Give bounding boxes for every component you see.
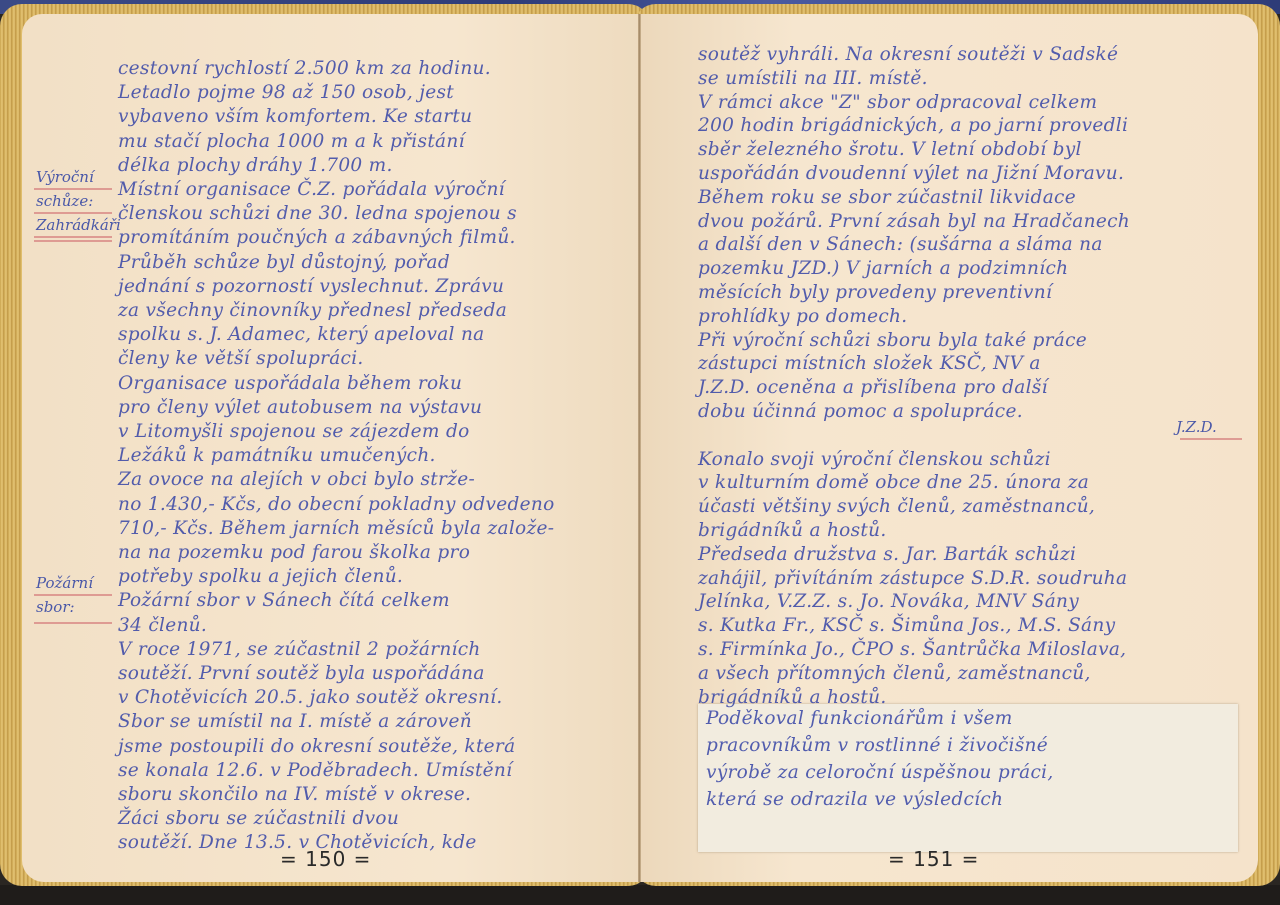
margin-note: Zahrádkáři	[36, 216, 121, 234]
handwritten-line: Během roku se sbor zúčastnil likvidace	[698, 187, 1076, 208]
handwritten-line: V roce 1971, se zúčastnil 2 požárních	[118, 639, 481, 660]
handwritten-line: a další den v Sánech: (sušárna a sláma n…	[698, 234, 1103, 255]
handwritten-line: vybaveno vším komfortem. Ke startu	[118, 106, 472, 127]
handwritten-line: Organisace uspořádala během roku	[118, 373, 462, 394]
handwritten-line: brigádníků a hostů.	[698, 520, 887, 541]
handwritten-line: pozemku JZD.) V jarních a podzimních	[698, 258, 1068, 279]
handwritten-line: se konala 12.6. v Poděbradech. Umístění	[118, 760, 512, 781]
handwritten-line: pro členy výlet autobusem na výstavu	[118, 397, 482, 418]
margin-note: Požární	[36, 574, 93, 592]
margin-note: J.Z.D.	[1176, 418, 1217, 436]
handwritten-line: zahájil, přivítáním zástupce S.D.R. soud…	[698, 568, 1127, 589]
margin-rule	[34, 236, 112, 238]
handwritten-line: Požární sbor v Sánech čítá celkem	[118, 590, 450, 611]
handwritten-line: jednání s pozorností vyslechnut. Zprávu	[118, 276, 504, 297]
handwritten-line: jsme postoupili do okresní soutěže, kter…	[118, 736, 515, 757]
handwritten-line: Sbor se umístil na I. místě a zároveň	[118, 711, 472, 732]
handwritten-line: Poděkoval funkcionářům i všem	[706, 708, 1013, 729]
handwritten-line: na na pozemku pod farou školka pro	[118, 542, 470, 563]
handwritten-line: no 1.430,- Kčs, do obecní pokladny odved…	[118, 494, 555, 515]
handwritten-line: cestovní rychlostí 2.500 km za hodinu.	[118, 58, 491, 79]
handwritten-line: členy ke větší spolupráci.	[118, 348, 364, 369]
handwritten-line: prohlídky po domech.	[698, 306, 907, 327]
margin-note: sbor:	[36, 598, 75, 616]
handwritten-line: Letadlo pojme 98 až 150 osob, jest	[118, 82, 454, 103]
handwritten-line: Při výroční schůzi sboru byla také práce	[698, 330, 1087, 351]
handwritten-line: délka plochy dráhy 1.700 m.	[118, 155, 393, 176]
handwritten-line: dobu účinná pomoc a spolupráce.	[698, 401, 1023, 422]
handwritten-line: potřeby spolku a jejich členů.	[118, 566, 403, 587]
handwritten-line: uspořádán dvoudenní výlet na Jižní Morav…	[698, 163, 1124, 184]
handwritten-line: 200 hodin brigádnických, a po jarní prov…	[698, 115, 1128, 136]
margin-rule	[34, 594, 112, 596]
margin-rule	[34, 240, 112, 242]
handwritten-line: měsících byly provedeny preventivní	[698, 282, 1052, 303]
handwritten-line: v Litomyšli spojenou se zájezdem do	[118, 421, 470, 442]
handwritten-line: pracovníkům v rostlinné i živočišné	[706, 735, 1048, 756]
handwritten-line: mu stačí plocha 1000 m a k přistání	[118, 131, 465, 152]
margin-rule	[34, 212, 112, 214]
handwritten-line: a všech přítomných členů, zaměstnanců,	[698, 663, 1091, 684]
page-number-right: = 151 =	[888, 847, 979, 871]
handwritten-line: účasti většiny svých členů, zaměstnanců,	[698, 496, 1095, 517]
handwritten-line: Ležáků k památníku umučených.	[118, 445, 436, 466]
handwritten-line: 34 členů.	[118, 615, 207, 636]
margin-rule	[34, 188, 112, 190]
handwritten-line: Jelínka, V.Z.Z. s. Jo. Nováka, MNV Sány	[698, 591, 1079, 612]
handwritten-line: brigádníků a hostů.	[698, 687, 887, 708]
handwritten-line: Předseda družstva s. Jar. Barták schůzi	[698, 544, 1076, 565]
book-gutter	[638, 14, 641, 882]
handwritten-line: v kulturním domě obce dne 25. února za	[698, 472, 1089, 493]
handwritten-line: zástupci místních složek KSČ, NV a	[698, 353, 1041, 374]
handwritten-line: Místní organisace Č.Z. pořádala výroční	[118, 179, 505, 200]
handwritten-line: soutěž vyhráli. Na okresní soutěži v Sad…	[698, 44, 1118, 65]
handwritten-line: Za ovoce na alejích v obci bylo strže-	[118, 469, 475, 490]
handwritten-line: promítáním poučných a zábavných filmů.	[118, 227, 516, 248]
margin-rule	[1180, 438, 1242, 440]
handwritten-line: která se odrazila ve výsledcích	[706, 789, 1003, 810]
background-surface	[0, 885, 1280, 905]
handwritten-line: v Chotěvicích 20.5. jako soutěž okresní.	[118, 687, 503, 708]
handwritten-line: sběr železného šrotu. V letní období byl	[698, 139, 1082, 160]
handwritten-line: se umístili na III. místě.	[698, 68, 928, 89]
handwritten-line: Průběh schůze byl důstojný, pořad	[118, 252, 450, 273]
handwritten-line: 710,- Kčs. Během jarních měsíců byla zal…	[118, 518, 554, 539]
handwritten-line: členskou schůzi dne 30. ledna spojenou s	[118, 203, 517, 224]
handwritten-line: V rámci akce "Z" sbor odpracoval celkem	[698, 92, 1097, 113]
handwritten-line: Žáci sboru se zúčastnili dvou	[118, 808, 399, 829]
handwritten-line: Konalo svoji výroční členskou schůzi	[698, 449, 1051, 470]
handwritten-line: soutěží. První soutěž byla uspořádána	[118, 663, 485, 684]
margin-note: schůze:	[36, 192, 93, 210]
handwritten-line: dvou požárů. První zásah byl na Hradčane…	[698, 211, 1130, 232]
page-number-left: = 150 =	[280, 847, 371, 871]
handwritten-line: s. Kutka Fr., KSČ s. Šimůna Jos., M.S. S…	[698, 615, 1115, 636]
handwritten-line: za všechny činovníky přednesl předseda	[118, 300, 507, 321]
margin-note: Výroční	[36, 168, 94, 186]
handwritten-line: sboru skončilo na IV. místě v okrese.	[118, 784, 471, 805]
handwritten-line: s. Firmínka Jo., ČPO s. Šantrůčka Milosl…	[698, 639, 1126, 660]
handwritten-line: J.Z.D. oceněna a přislíbena pro další	[698, 377, 1048, 398]
margin-rule	[34, 622, 112, 624]
handwritten-line: spolku s. J. Adamec, který apeloval na	[118, 324, 485, 345]
handwritten-line: výrobě za celoroční úspěšnou práci,	[706, 762, 1054, 783]
